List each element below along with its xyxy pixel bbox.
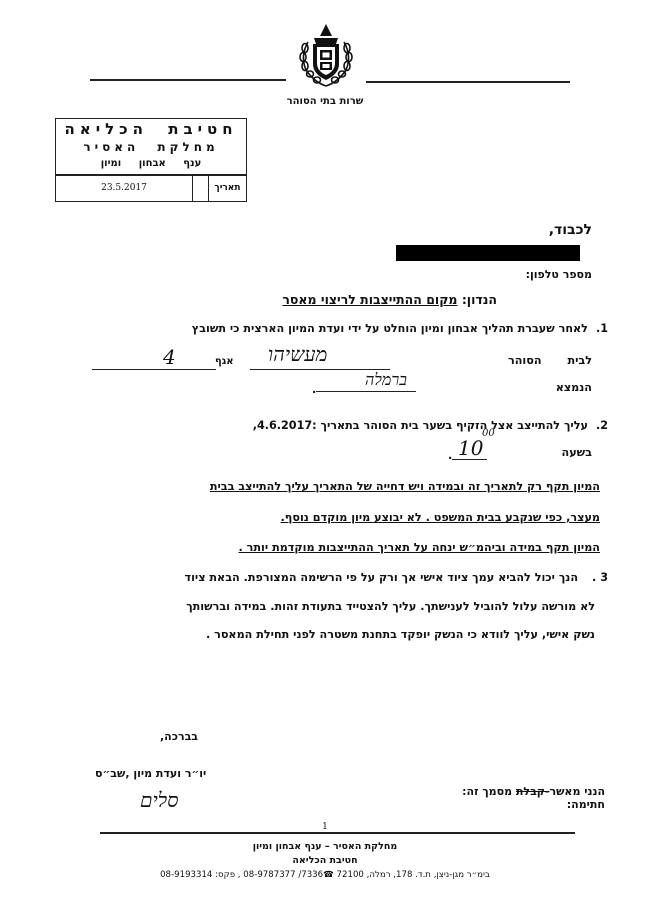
- subject-line: הנדון: מקום ההתייצבות לריצוי מאסר: [282, 292, 497, 307]
- department-stamp-box: חטיבת הכליאה מחלקת האסיר ענף אבחון ומיון…: [55, 118, 247, 202]
- time-end: .: [448, 449, 452, 462]
- stamp-division: חטיבת הכליאה: [56, 120, 246, 138]
- header-rule-right: [366, 81, 570, 83]
- struck-word: -קבלת: [516, 785, 550, 798]
- notice-line-2: מעצר, כפי שנקבע בבית המשפט . לא יבוצע מי…: [281, 511, 600, 524]
- paragraph-2-number: 2.: [596, 419, 608, 432]
- location-label: הנמצא: [556, 381, 592, 394]
- prison-handwritten-value: מעשיהו: [268, 342, 327, 367]
- notice-line-1: המיון תקף רק לתאריך זה ובמידה ויש דחייה …: [210, 480, 600, 493]
- time-handwritten-value: 10: [458, 436, 483, 460]
- prison-service-emblem-icon: [296, 22, 356, 90]
- paragraph-2-line-1: 2.עליך להתייצב אצל הזקיף בשער בית הסוהר …: [253, 419, 608, 432]
- phone-label: מספר טלפון:: [526, 268, 592, 281]
- footer-address: בימ״ר מגן-ניצן, ת.ד. 178, רמלה, 72100 ☎7…: [0, 870, 650, 880]
- subject-label: הנדון:: [462, 292, 497, 307]
- paragraph-1-text: לאחר שעברת תהליך אבחון ומיון הוחלט על יד…: [192, 322, 588, 335]
- prison-label: לבית הסוהר: [508, 354, 592, 367]
- stamp-date-value: 23.5.2017: [56, 176, 192, 201]
- wing-handwritten-value: 4: [163, 345, 176, 369]
- header-rule-left: [90, 79, 286, 81]
- footer-department: מחלקת האסיר – ענף אבחון ומיון: [0, 841, 650, 852]
- closing-greeting: בברכה,: [160, 730, 198, 743]
- subject-text: מקום ההתייצבות לריצוי מאסר: [282, 292, 457, 307]
- page-number: 1: [0, 822, 650, 832]
- header-caption: שרות בתי הסוהר: [0, 96, 650, 107]
- stamp-date-label: תאריך: [209, 176, 246, 201]
- salutation: לכבוד,: [549, 222, 592, 238]
- redacted-name-bar: [396, 245, 580, 261]
- time-handwritten-minutes: 00: [482, 428, 495, 439]
- paragraph-1-number: 1.: [596, 322, 608, 335]
- location-handwritten-value: ברמלה: [365, 370, 407, 390]
- paragraph-3-line-2: לא מורשה עלול להוביל לענישתך. עליך להצטי…: [186, 600, 595, 613]
- wing-fill-line: [92, 369, 216, 370]
- location-end: .: [312, 383, 316, 396]
- time-label: בשעה: [562, 446, 592, 459]
- paragraph-3-number: 3 .: [592, 571, 608, 584]
- signature-label: חתימה:: [462, 798, 605, 811]
- paragraph-2-text: עליך להתייצב אצל הזקיף בשער בית הסוהר בת…: [253, 419, 588, 432]
- footer-division: חטיבת הכליאה: [0, 855, 650, 866]
- signer-title: יו״ר ועדת מיון ,שב״ס: [95, 767, 206, 780]
- receipt-confirmation: הנני מאשר-קבלת מסמך זה: חתימה:: [462, 785, 605, 811]
- footer-rule: [100, 832, 575, 834]
- stamp-cell-separator: [192, 176, 193, 201]
- wing-label: אגף: [215, 356, 234, 367]
- paragraph-1-line-1: 1.לאחר שעברת תהליך אבחון ומיון הוחלט על …: [192, 322, 608, 335]
- committee-chair-signature: סלים: [140, 788, 178, 813]
- paragraph-3-line-1: 3 .הנך יכול להביא עמך ציוד אישי אך ורק ע…: [185, 571, 609, 584]
- location-fill-line: [316, 391, 416, 392]
- notice-line-3: המיון תקף במידה וביהמ״ש ינחה על תאריך הה…: [239, 541, 600, 554]
- paragraph-3-text-1: הנך יכול להביא עמך ציוד אישי אך ורק על פ…: [185, 571, 579, 584]
- paragraph-3-line-3: נשק אישי, עליך לוודא כי הנשק יופקד בתחנת…: [206, 628, 595, 641]
- stamp-department: מחלקת האסיר: [56, 140, 246, 154]
- stamp-branch: ענף אבחון ומיון: [56, 158, 246, 169]
- receipt-confirmation-text: הנני מאשר-קבלת מסמך זה:: [462, 785, 605, 798]
